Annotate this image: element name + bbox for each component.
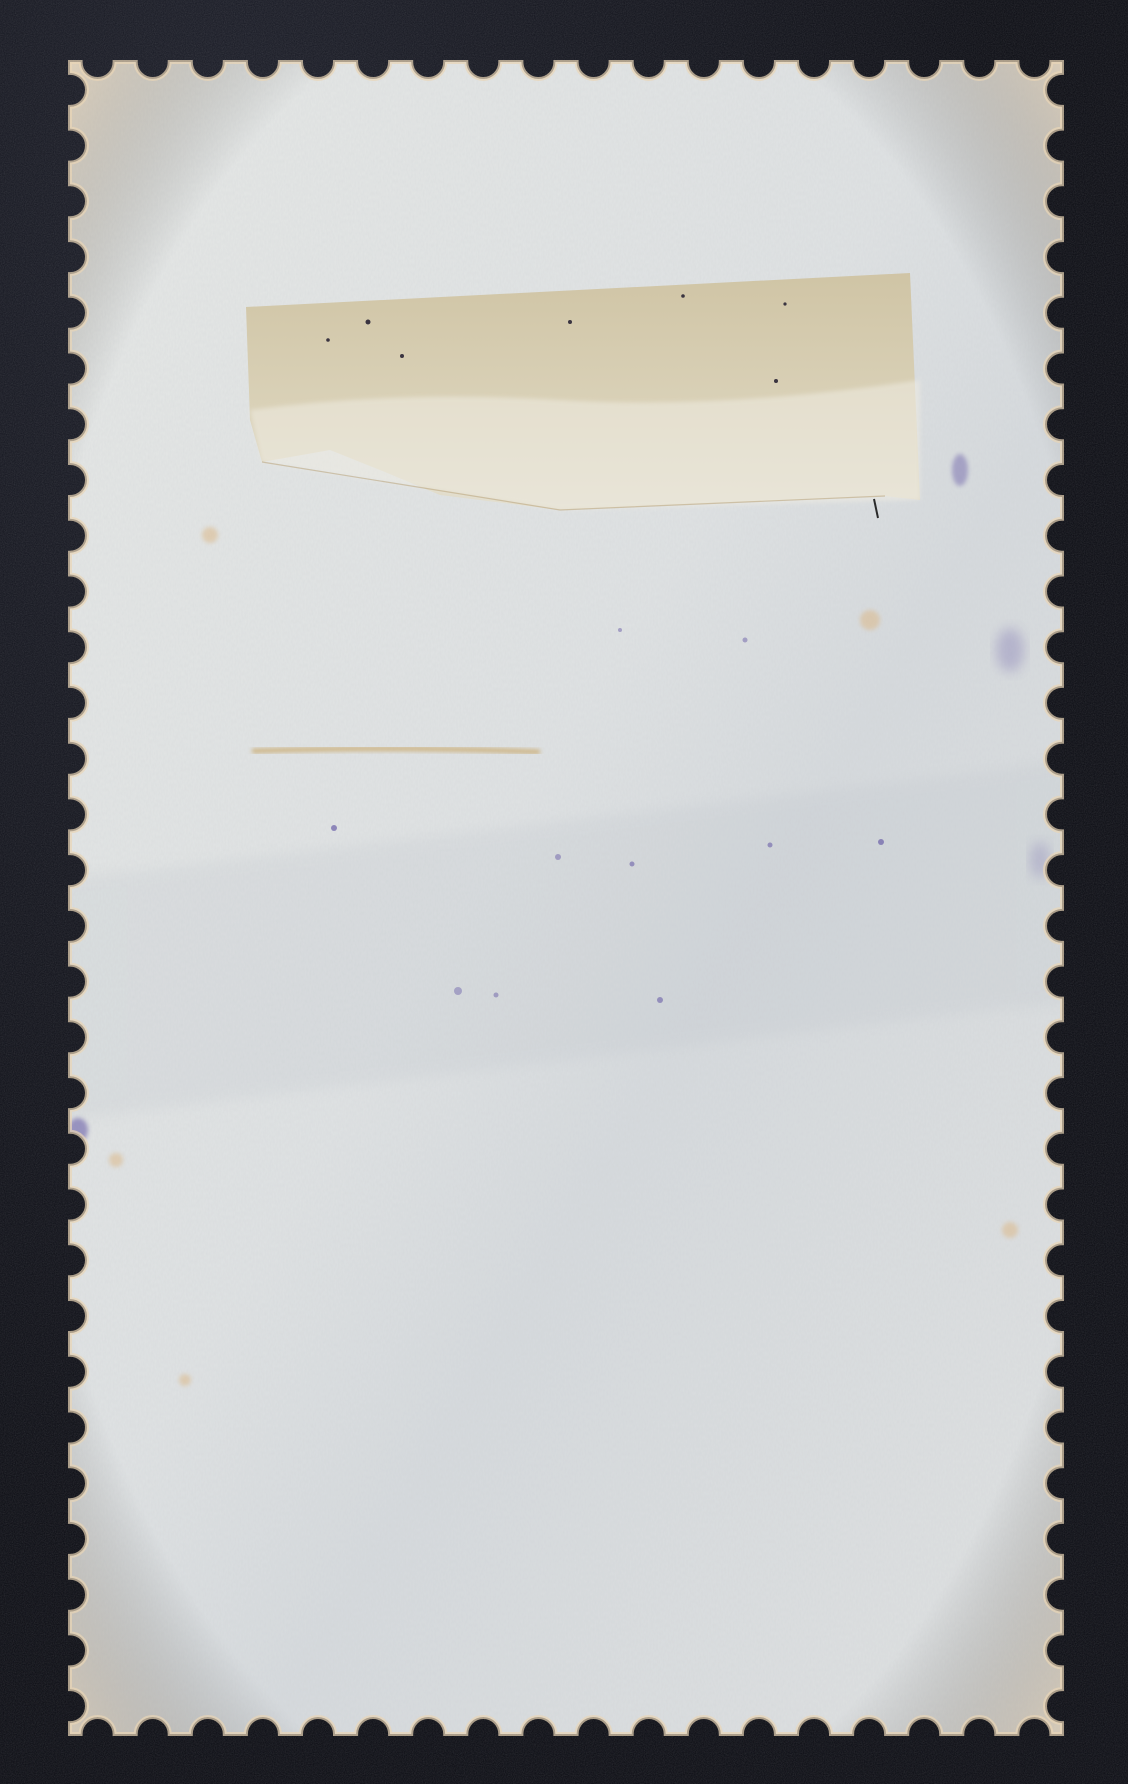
- photo-scene: [0, 0, 1128, 1784]
- stamp-paper: [0, 0, 1128, 1784]
- stamp-back: [0, 0, 1128, 1784]
